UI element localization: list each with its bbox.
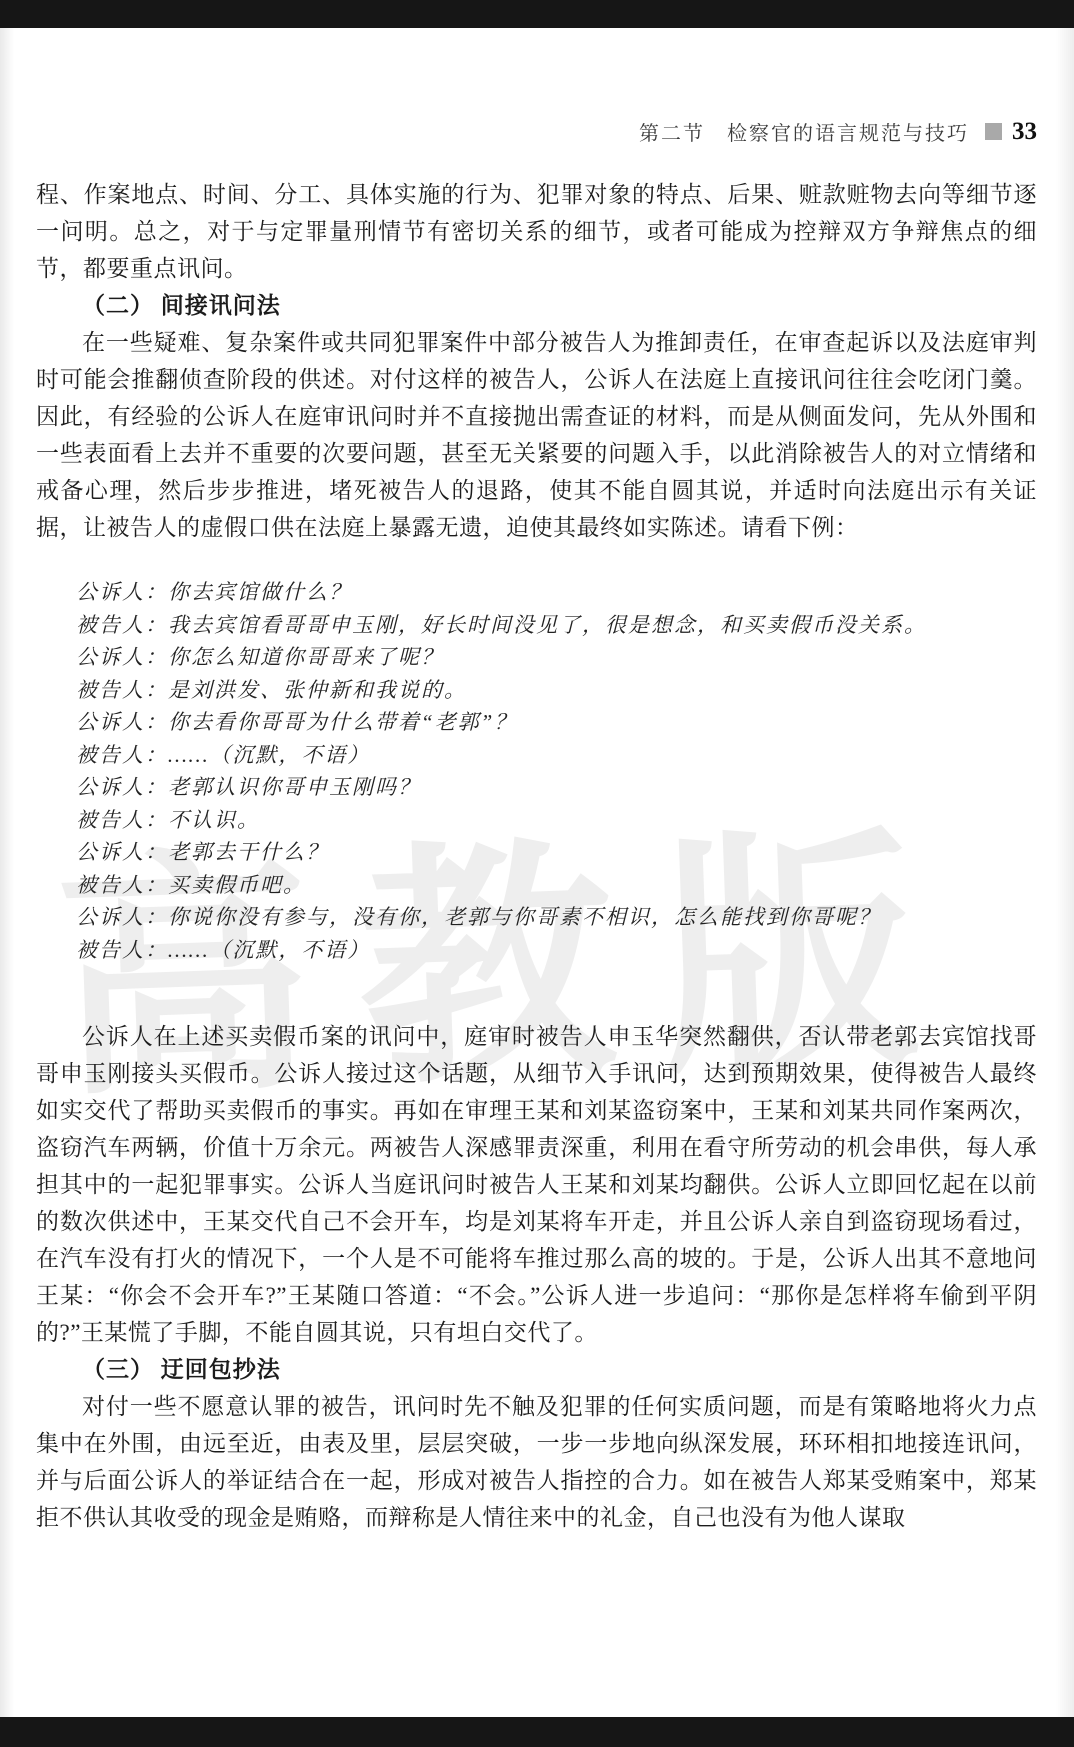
dialogue-line: 公诉人：你去看你哥哥为什么带着“老郭”？ (76, 706, 1037, 739)
scan-top-edge (0, 0, 1074, 28)
scan-bottom-edge (0, 1717, 1074, 1747)
dialogue-line: 被告人：我去宾馆看哥哥申玉刚，好长时间没见了，很是想念，和买卖假币没关系。 (76, 609, 1037, 642)
header-square-marker (985, 123, 1002, 140)
section-label: 第二节 (639, 117, 705, 146)
dialogue-line: 被告人：买卖假币吧。 (76, 869, 1037, 902)
dialogue-line: 被告人：……（沉默，不语） (76, 934, 1037, 967)
paragraph-case-examples: 公诉人在上述买卖假币案的讯问中，庭审时被告人申玉华突然翻供，否认带老郭去宾馆找哥… (36, 1018, 1037, 1351)
page-number: 33 (1012, 118, 1037, 146)
dialogue-line: 公诉人：老郭认识你哥申玉刚吗？ (76, 771, 1037, 804)
running-header: 第二节 检察官的语言规范与技巧 33 (36, 117, 1037, 146)
book-page-scan: 高教版 第二节 检察官的语言规范与技巧 33 程、作案地点、时间、分工、具体实施… (0, 0, 1074, 1747)
section-title: 检察官的语言规范与技巧 (727, 117, 969, 146)
dialogue-line: 被告人：……（沉默，不语） (76, 739, 1037, 772)
dialogue-line: 公诉人：你说你没有参与，没有你，老郭与你哥素不相识，怎么能找到你哥呢？ (76, 901, 1037, 934)
dialogue-line: 被告人：是刘洪发、张仲新和我说的。 (76, 674, 1037, 707)
dialogue-line: 公诉人：你怎么知道你哥哥来了呢？ (76, 641, 1037, 674)
dialogue-line: 公诉人：你去宾馆做什么？ (76, 576, 1037, 609)
dialogue-line: 公诉人：老郭去干什么？ (76, 836, 1037, 869)
book-page: 高教版 第二节 检察官的语言规范与技巧 33 程、作案地点、时间、分工、具体实施… (0, 0, 1074, 1536)
heading-encircling-method: （三） 迂回包抄法 (36, 1351, 1037, 1388)
paragraph-continuation: 程、作案地点、时间、分工、具体实施的行为、犯罪对象的特点、后果、赃款赃物去向等细… (36, 176, 1037, 287)
paragraph-encircling-method: 对付一些不愿意认罪的被告，讯问时先不触及犯罪的任何实质问题，而是有策略地将火力点… (36, 1388, 1037, 1536)
paragraph-indirect-method: 在一些疑难、复杂案件或共同犯罪案件中部分被告人为推卸责任，在审查起诉以及法庭审判… (36, 324, 1037, 546)
courtroom-dialogue-block: 公诉人：你去宾馆做什么？ 被告人：我去宾馆看哥哥申玉刚，好长时间没见了，很是想念… (36, 576, 1037, 966)
dialogue-line: 被告人：不认识。 (76, 804, 1037, 837)
heading-indirect-interrogation: （二） 间接讯问法 (36, 287, 1037, 324)
